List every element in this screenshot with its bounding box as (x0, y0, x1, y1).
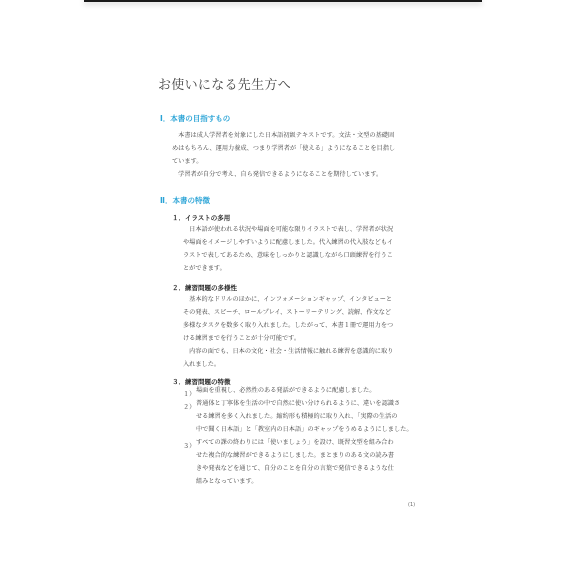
paragraph-line: その発表、スピーチ、ロールプレイ、ストーリーテリング、読解、作文など (183, 307, 391, 319)
subsection-heading-1: １．イラストの多用 (172, 213, 230, 222)
list-number: ３） (183, 441, 195, 450)
list-number: ２） (183, 402, 195, 411)
paragraph-line: 本書は成人学習者を対象にした日本語初級テキストです。文法・文型の基礎固 (172, 130, 394, 142)
list-item-line: きや発表などを通じて、自分のことを自分の言葉で発信できるような仕 (196, 463, 394, 475)
list-item-line: 場面を重視し、必然性のある発話ができるように配慮しました。 (196, 385, 375, 397)
paragraph-line: 多様なタスクを数多く取り入れました。したがって、本書１冊で運用力をつ (183, 320, 393, 332)
list-item-line: すべての課の終わりには「使いましょう」を設け、既習文型を組み合わ (196, 437, 394, 449)
section-heading-1: Ⅰ．本書の目指すもの (160, 113, 230, 124)
paragraph-line: ける練習までを行うことが十分可能です。 (183, 333, 300, 345)
list-item-line: 普通体と丁寧体を生活の中で自然に使い分けられるように、違いを認識さ (196, 398, 400, 410)
list-item-line: 中で聞く日本語」と「教室内の日本語」のギャップをうめるようにしました。 (196, 424, 413, 436)
paragraph-line: 学習者が自分で考え、自ら発信できるようになることを期待しています。 (172, 169, 382, 181)
page-number: (1) (408, 502, 415, 508)
paragraph-line: 入れました。 (183, 359, 220, 371)
list-item-line: せた複合的な練習ができるようにしました。まとまりのある文の読み書 (196, 450, 394, 462)
paragraph-line: ラストで表してあるため、意味をしっかりと認識しながら口頭練習を行うこ (183, 250, 393, 262)
page-title: お使いになる先生方へ (158, 74, 291, 93)
list-number: １） (183, 389, 195, 398)
paragraph-line: とができます。 (183, 263, 226, 275)
paragraph-line: 基本的なドリルのほかに、インフォメーションギャップ、インタビューと (183, 294, 392, 306)
paragraph-line: 日本語が使われる状況や場面を可能な限りイラストで表し、学習者が状況 (183, 224, 393, 236)
paragraph-line: めはもちろん、運用力養成、つまり学習者が「使える」ようになることを目指し (172, 143, 395, 155)
section-heading-2: Ⅱ．本書の特徴 (160, 195, 210, 206)
subsection-heading-2: ２．練習問題の多様性 (172, 283, 237, 292)
list-item-line: 組みとなっています。 (196, 476, 257, 488)
paragraph-line: ています。 (172, 156, 202, 168)
list-item-line: せる練習を多く入れました。縮約形も積極的に取り入れ、「実際の生活の (196, 411, 397, 423)
paragraph-line: や場面をイメージしやすいように配慮しました。代入練習の代入肢などもイ (183, 237, 393, 249)
window-top-edge (84, 0, 482, 2)
paragraph-line: 内容の面でも、日本の文化・社会・生活情報に触れる練習を意識的に取り (183, 346, 393, 358)
